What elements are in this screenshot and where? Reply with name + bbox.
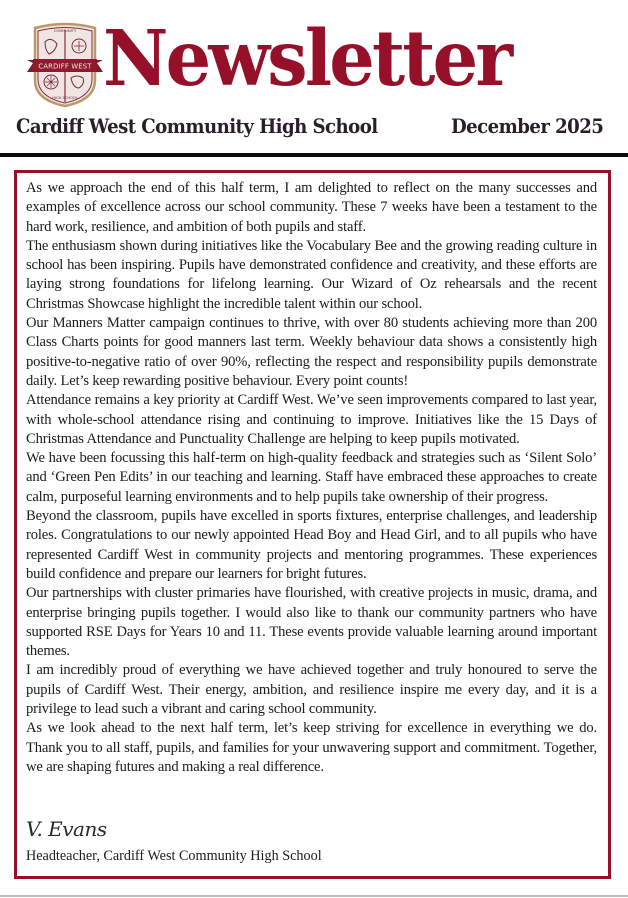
school-crest-icon: CARDIFF WEST COMMUNITY HIGH SCHOOL [27, 22, 103, 108]
header-divider [0, 153, 628, 157]
svg-text:COMMUNITY: COMMUNITY [54, 29, 77, 33]
school-name: Cardiff West Community High School [16, 114, 378, 140]
letter-paragraph: The enthusiasm shown during initiatives … [26, 237, 597, 314]
letter-paragraph: As we approach the end of this half term… [26, 179, 597, 237]
svg-text:HIGH SCHOOL: HIGH SCHOOL [52, 96, 78, 100]
letter-body: As we approach the end of this half term… [26, 179, 597, 777]
issue-date: December 2025 [451, 114, 603, 140]
svg-text:CARDIFF WEST: CARDIFF WEST [38, 63, 92, 71]
letter-paragraph: Beyond the classroom, pupils have excell… [26, 507, 597, 584]
newsletter-title: Newsletter [103, 14, 510, 104]
letter-paragraph: Our Manners Matter campaign continues to… [26, 314, 597, 391]
letter-paragraph: Attendance remains a key priority at Car… [26, 391, 597, 449]
letter-paragraph: I am incredibly proud of everything we h… [26, 661, 597, 719]
letter-paragraph: Our partnerships with cluster primaries … [26, 584, 597, 661]
signatory-role: Headteacher, Cardiff West Community High… [26, 848, 322, 865]
letter-paragraph: As we look ahead to the next half term, … [26, 719, 597, 777]
signature: V. Evans [26, 817, 107, 841]
headteacher-letter: As we approach the end of this half term… [14, 170, 611, 879]
masthead: CARDIFF WEST COMMUNITY HIGH SCHOOL Newsl… [0, 0, 628, 160]
letter-paragraph: We have been focussing this half-term on… [26, 449, 597, 507]
page-bottom-divider [0, 895, 628, 897]
